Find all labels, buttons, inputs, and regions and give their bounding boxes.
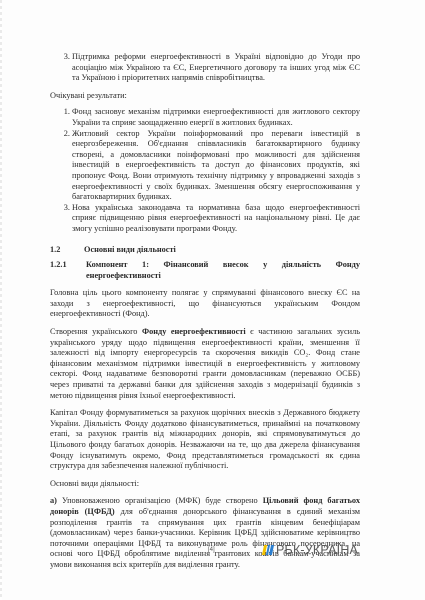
item-prefix: а) (50, 496, 57, 505)
section-heading-1-2: 1.2 Основні види діяльності (50, 245, 360, 256)
text-run: Створення українського (50, 327, 142, 336)
paragraph-goal: Головна ціль цього компоненту полягає у … (50, 288, 360, 320)
intro-list: Підтримка реформи енергоефективності в У… (50, 52, 360, 84)
section-title: Основні види діяльності (84, 245, 176, 256)
logo-stripe-blue (269, 545, 274, 555)
page-footer: [4] РБК-УКРАЇНА (0, 541, 425, 561)
rbc-ukraine-watermark: РБК-УКРАЇНА (263, 543, 358, 557)
section-number: 1.2.1 (50, 260, 86, 281)
list-item: Житловий сектор України поінформований п… (72, 129, 360, 203)
text-run: є частиною загальних зусиль українського… (50, 327, 360, 400)
watermark-text: РБК-УКРАЇНА (276, 543, 358, 557)
document-body: Підтримка реформи енергоефективності в У… (50, 52, 360, 571)
expected-results-label: Очікувані результати: (50, 91, 360, 102)
document-page: Підтримка реформи енергоефективності в У… (0, 0, 425, 600)
scan-edge (0, 0, 2, 600)
page-number: [4] (208, 547, 215, 553)
expected-results-list: Фонд засновує механізм підтримки енергое… (50, 107, 360, 234)
list-item: Фонд засновує механізм підтримки енергое… (72, 107, 360, 128)
section-heading-1-2-1: 1.2.1 Компонент 1: Фінансовий внесок у д… (50, 260, 360, 281)
section-title: Компонент 1: Фінансовий внесок у діяльні… (86, 260, 360, 281)
text-run: Уповноваженою організацією (МФК) буде ст… (57, 496, 263, 505)
paragraph-fund-creation: Створення українського Фонду енергоефект… (50, 327, 360, 401)
paragraph-capital: Капітал Фонду формуватиметься за рахунок… (50, 408, 360, 472)
bold-term: Фонду енергоефективності (142, 327, 246, 336)
list-item: Підтримка реформи енергоефективності в У… (72, 52, 360, 84)
section-number: 1.2 (50, 245, 84, 256)
list-item: Нова українська законодавча та нормативн… (72, 203, 360, 235)
rbc-logo-icon (262, 545, 274, 555)
paragraph-activities-label: Основні види діяльності: (50, 479, 360, 490)
